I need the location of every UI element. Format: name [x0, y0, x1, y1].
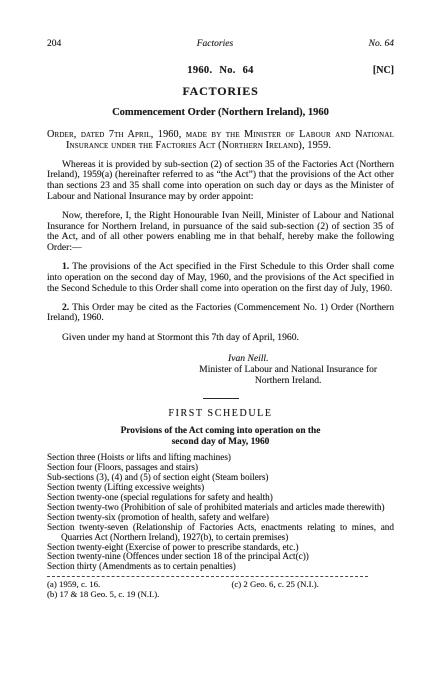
signature-title-line2: Northern Ireland.	[193, 376, 384, 387]
article-1: 1.The provisions of the Act specified in…	[47, 262, 394, 294]
article-2-text: This Order may be cited as the Factories…	[47, 302, 394, 324]
corner-tag: [NC]	[373, 65, 394, 76]
running-instrument-number: No. 64	[369, 39, 394, 49]
footnotes: (a) 1959, c. 16. (b) 17 & 18 Geo. 5, c. …	[47, 580, 394, 600]
schedule-item: Section twenty-seven (Relationship of Fa…	[47, 523, 394, 543]
article-1-number: 1.	[62, 261, 69, 272]
schedule-list: Section three (Hoists or lifts and lifti…	[47, 453, 394, 572]
footnote-b: (b) 17 & 18 Geo. 5, c. 19 (N.I.).	[47, 590, 227, 600]
testimonium-paragraph: Given under my hand at Stormont this 7th…	[47, 333, 394, 344]
whereas-paragraph: Whereas it is provided by sub-section (2…	[47, 160, 394, 203]
schedule-subheading-line2: second day of May, 1960	[47, 437, 394, 448]
footnotes-left-column: (a) 1959, c. 16. (b) 17 & 18 Geo. 5, c. …	[47, 580, 227, 600]
footnote-c: (c) 2 Geo. 6, c. 25 (N.I.).	[231, 580, 394, 590]
document-title: FACTORIES	[47, 84, 394, 99]
schedule-item: Section thirty (Amendments as to certain…	[47, 562, 394, 572]
article-1-text: The provisions of the Act specified in t…	[47, 261, 394, 293]
document-page: 204 Factories No. 64 1960. No. 64 [NC] F…	[0, 0, 440, 696]
now-therefore-paragraph: Now, therefore, I, the Right Honourable …	[47, 211, 394, 254]
running-header: 204 Factories No. 64	[47, 39, 394, 49]
order-caption: Order, dated 7th April, 1960, made by th…	[47, 129, 394, 151]
footnotes-right-column: (c) 2 Geo. 6, c. 25 (N.I.).	[227, 580, 394, 600]
issue-line: 1960. No. 64	[47, 65, 394, 76]
section-divider-rule	[203, 398, 239, 399]
schedule-heading: FIRST SCHEDULE	[47, 408, 394, 419]
document-subtitle: Commencement Order (Northern Ireland), 1…	[47, 107, 394, 118]
signature-title: Minister of Labour and National Insuranc…	[193, 365, 384, 386]
footnote-separator	[47, 576, 394, 577]
masthead: 1960. No. 64 [NC] FACTORIES Commencement…	[47, 65, 394, 118]
article-2: 2.This Order may be cited as the Factori…	[47, 303, 394, 324]
footnote-separator-dashes	[47, 576, 368, 577]
schedule-subheading: Provisions of the Act coming into operat…	[47, 426, 394, 448]
signature-name: Ivan Neill.	[158, 353, 338, 364]
page-number: 204	[47, 39, 61, 49]
schedule-subheading-line1: Provisions of the Act coming into operat…	[47, 426, 394, 437]
running-title: Factories	[197, 39, 233, 49]
